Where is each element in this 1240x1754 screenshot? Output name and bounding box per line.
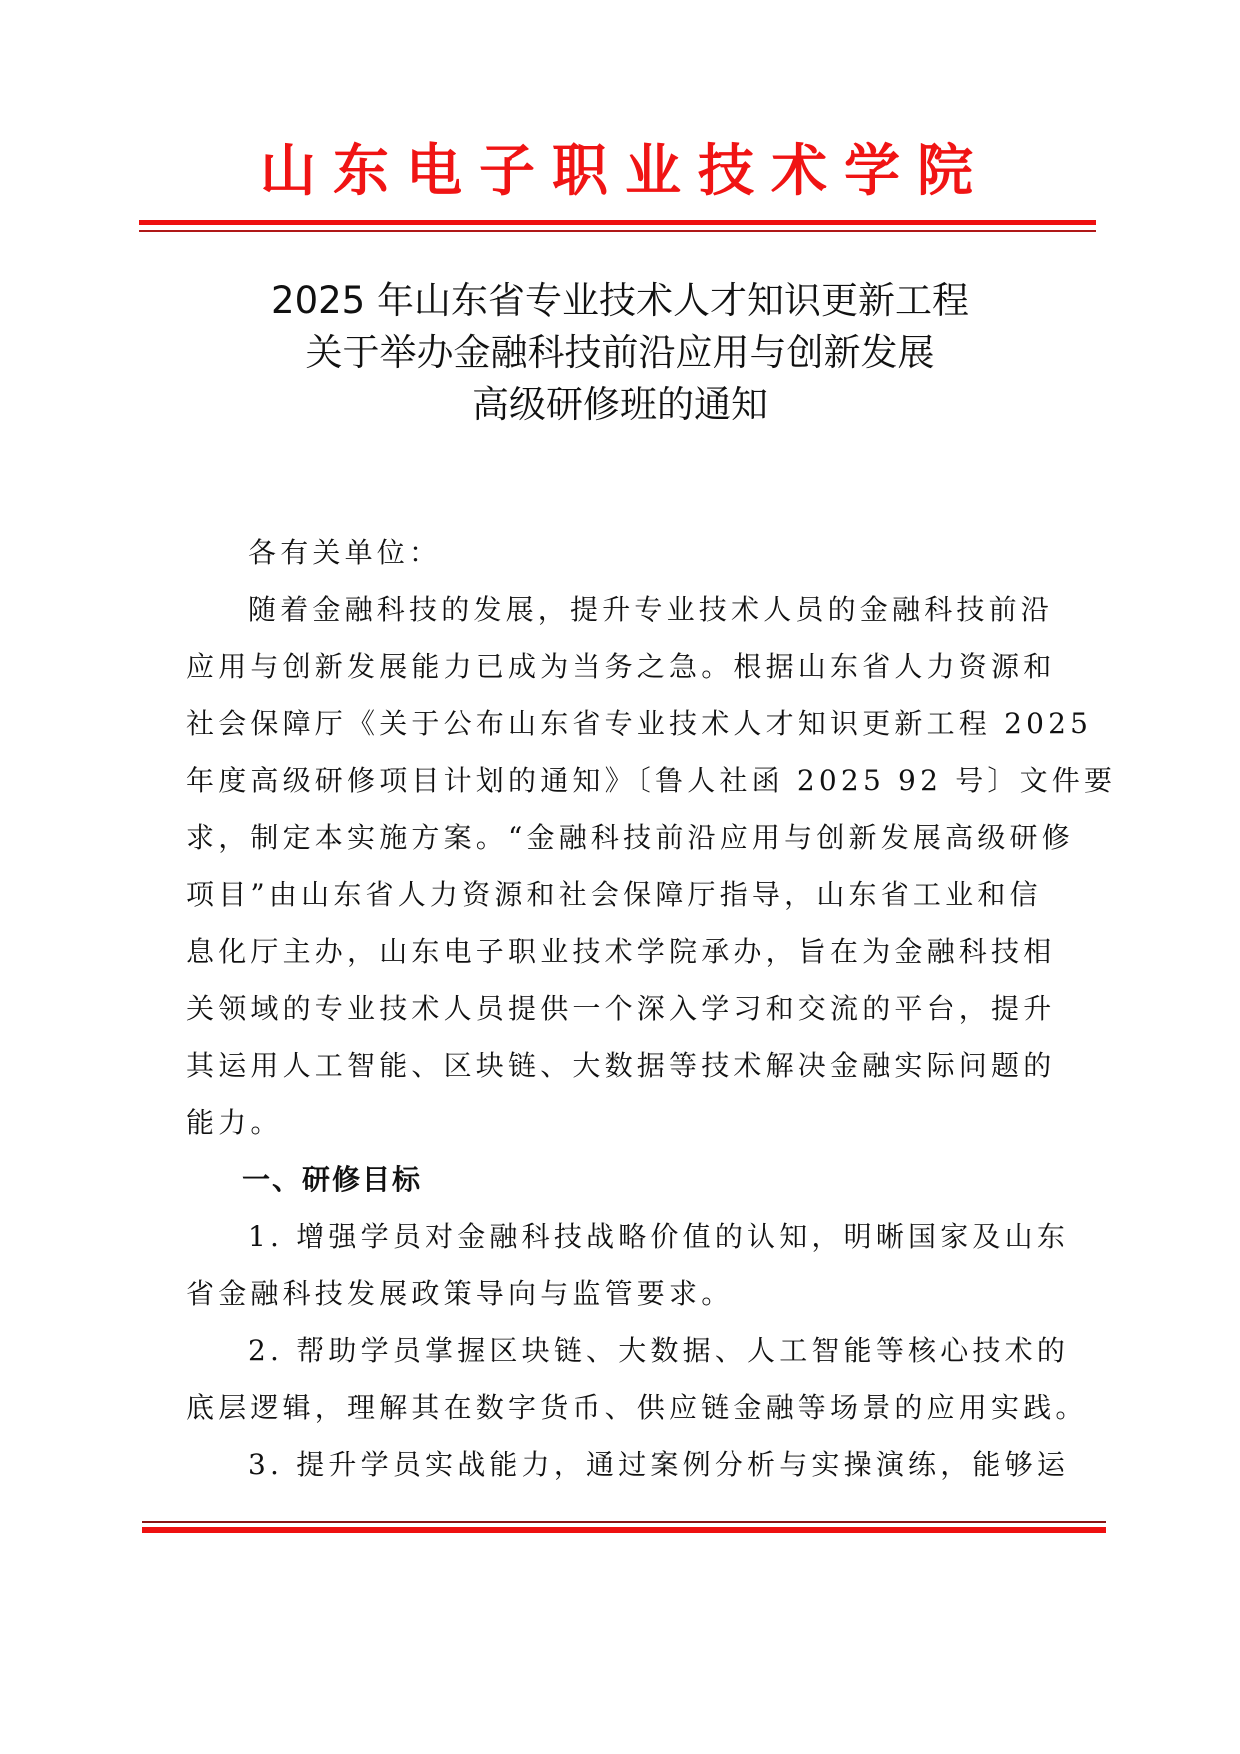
intro-line: 能力。: [186, 1094, 1068, 1151]
salutation-text: 各有关单位：: [186, 524, 1068, 581]
letterhead-institution-name: 山东电子职业技术学院: [0, 136, 1240, 206]
objective-line: 3. 提升学员实战能力，通过案例分析与实操演练，能够运: [186, 1436, 1068, 1493]
intro-line: 项目”由山东省人力资源和社会保障厅指导，山东省工业和信: [186, 866, 1068, 923]
objective-line: 2. 帮助学员掌握区块链、大数据、人工智能等核心技术的: [186, 1322, 1068, 1379]
intro-line: 年度高级研修项目计划的通知》〔鲁人社函 2025 92 号〕文件要: [186, 752, 1068, 809]
intro-line: 社会保障厅《关于公布山东省专业技术人才知识更新工程 2025: [186, 695, 1068, 752]
section-heading-objectives: 一、研修目标: [186, 1151, 1068, 1208]
intro-line: 其运用人工智能、区块链、大数据等技术解决金融实际问题的: [186, 1037, 1068, 1094]
letterhead-red-rule-thin: [139, 230, 1096, 232]
document-title: 2025 年山东省专业技术人才知识更新工程 关于举办金融科技前沿应用与创新发展 …: [0, 275, 1240, 431]
footer-red-rule-thin: [142, 1521, 1106, 1523]
salutation: 各有关单位：: [186, 524, 1068, 581]
objective-item-2: 2. 帮助学员掌握区块链、大数据、人工智能等核心技术的 底层逻辑，理解其在数字货…: [186, 1322, 1068, 1436]
objective-line: 底层逻辑，理解其在数字货币、供应链金融等场景的应用实践。: [186, 1379, 1068, 1436]
footer-red-rule-thick: [142, 1527, 1106, 1533]
intro-line: 求，制定本实施方案。“金融科技前沿应用与创新发展高级研修: [186, 809, 1068, 866]
intro-line: 息化厅主办，山东电子职业技术学院承办，旨在为金融科技相: [186, 923, 1068, 980]
title-line-1: 2025 年山东省专业技术人才知识更新工程: [0, 275, 1240, 327]
objective-item-3: 3. 提升学员实战能力，通过案例分析与实操演练，能够运: [186, 1436, 1068, 1493]
document-page: 山东电子职业技术学院 2025 年山东省专业技术人才知识更新工程 关于举办金融科…: [0, 0, 1240, 1754]
title-line-2: 关于举办金融科技前沿应用与创新发展: [0, 327, 1240, 379]
objective-item-1: 1. 增强学员对金融科技战略价值的认知，明晰国家及山东 省金融科技发展政策导向与…: [186, 1208, 1068, 1322]
intro-line: 随着金融科技的发展，提升专业技术人员的金融科技前沿: [186, 581, 1068, 638]
intro-paragraph: 随着金融科技的发展，提升专业技术人员的金融科技前沿 应用与创新发展能力已成为当务…: [186, 581, 1068, 1151]
objective-line: 省金融科技发展政策导向与监管要求。: [186, 1265, 1068, 1322]
objective-line: 1. 增强学员对金融科技战略价值的认知，明晰国家及山东: [186, 1208, 1068, 1265]
title-line-3: 高级研修班的通知: [0, 379, 1240, 431]
document-body: 各有关单位： 随着金融科技的发展，提升专业技术人员的金融科技前沿 应用与创新发展…: [186, 524, 1068, 1493]
intro-line: 关领域的专业技术人员提供一个深入学习和交流的平台，提升: [186, 980, 1068, 1037]
intro-line: 应用与创新发展能力已成为当务之急。根据山东省人力资源和: [186, 638, 1068, 695]
letterhead-red-rule-thick: [139, 220, 1096, 225]
